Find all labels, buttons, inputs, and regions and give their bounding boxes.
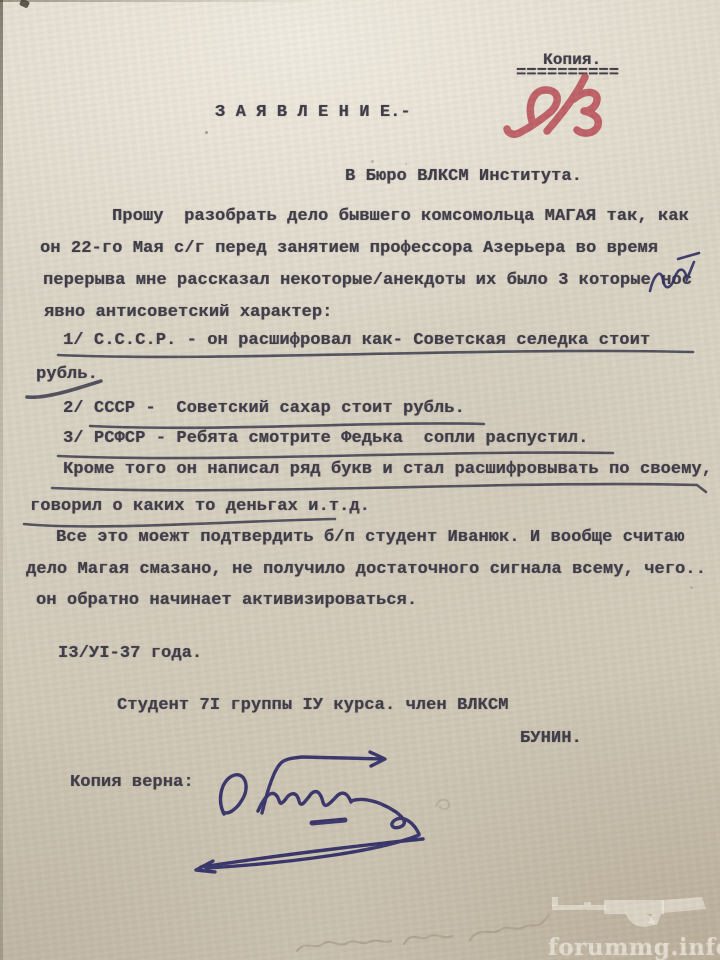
signoff-role-line: Студент 7I группы IУ курса. член ВЛКСМ	[117, 696, 508, 716]
watermark: forummg.info	[548, 894, 718, 960]
copy-certified-label: Копия верна:	[70, 773, 194, 793]
list-item2: 2/ СССР - Советский сахар стоит рубль.	[63, 399, 465, 419]
paragraph3-line1: Все это моежт подтвердить б/п студент Ив…	[56, 528, 684, 548]
document-title: З А Я В Л Е Н И Е.-	[215, 103, 411, 123]
paragraph1-line2: он 22-го Мая с/г перед занятием профессо…	[40, 239, 658, 259]
list-item3: 3/ РСФСР - Ребята смотрите Федька сопли …	[63, 429, 588, 449]
paper-speck	[690, 586, 693, 589]
signoff-name: БУНИН.	[520, 729, 582, 749]
paper-speck	[405, 163, 407, 165]
list-item1-line1: 1/ С.С.С.Р. - он расшифровал как- Советс…	[63, 331, 650, 351]
watermark-text: forummg.info	[548, 934, 718, 960]
paragraph3-line3: он обратно начинает активизироваться.	[36, 591, 417, 611]
handwriting-overlay	[0, 0, 720, 960]
rifle-icon	[548, 894, 718, 936]
document-page: Копия. ========== З А Я В Л Е Н И Е.- В …	[0, 0, 720, 960]
list-item1-line2: рубль.	[36, 365, 98, 385]
paper-left-edge	[0, 0, 3, 960]
paragraph2-line1: Кроме того он написал ряд букв и стал ра…	[63, 460, 712, 480]
paragraph1-line3: перерыва мне рассказал некоторые/анекдот…	[43, 271, 692, 291]
paper-corner-mark	[19, 0, 30, 9]
paragraph1-line4: явно антисоветский характер:	[44, 303, 332, 323]
paragraph1-line1: Прошу разобрать дело бывшего комсомольца…	[112, 207, 689, 227]
date-line: I3/УI-37 года.	[58, 644, 202, 664]
paragraph2-line2: говорил о каких то деньгах и.т.д.	[30, 497, 370, 517]
paper-speck	[205, 131, 208, 134]
pencil-smudge	[436, 800, 449, 809]
paper-speck	[371, 160, 374, 163]
pencil-scribble	[297, 915, 549, 951]
addressee-line: В Бюро ВЛКСМ Института.	[345, 167, 582, 187]
handwritten-signature	[196, 752, 423, 872]
paper-top-edge	[0, 0, 324, 2]
paragraph3-line2: дело Магая смазано, не получило достаточ…	[26, 560, 706, 580]
handwritten-page-number	[507, 77, 598, 134]
paper-grain	[0, 0, 720, 960]
copy-underline-dashes: ==========	[516, 64, 619, 84]
